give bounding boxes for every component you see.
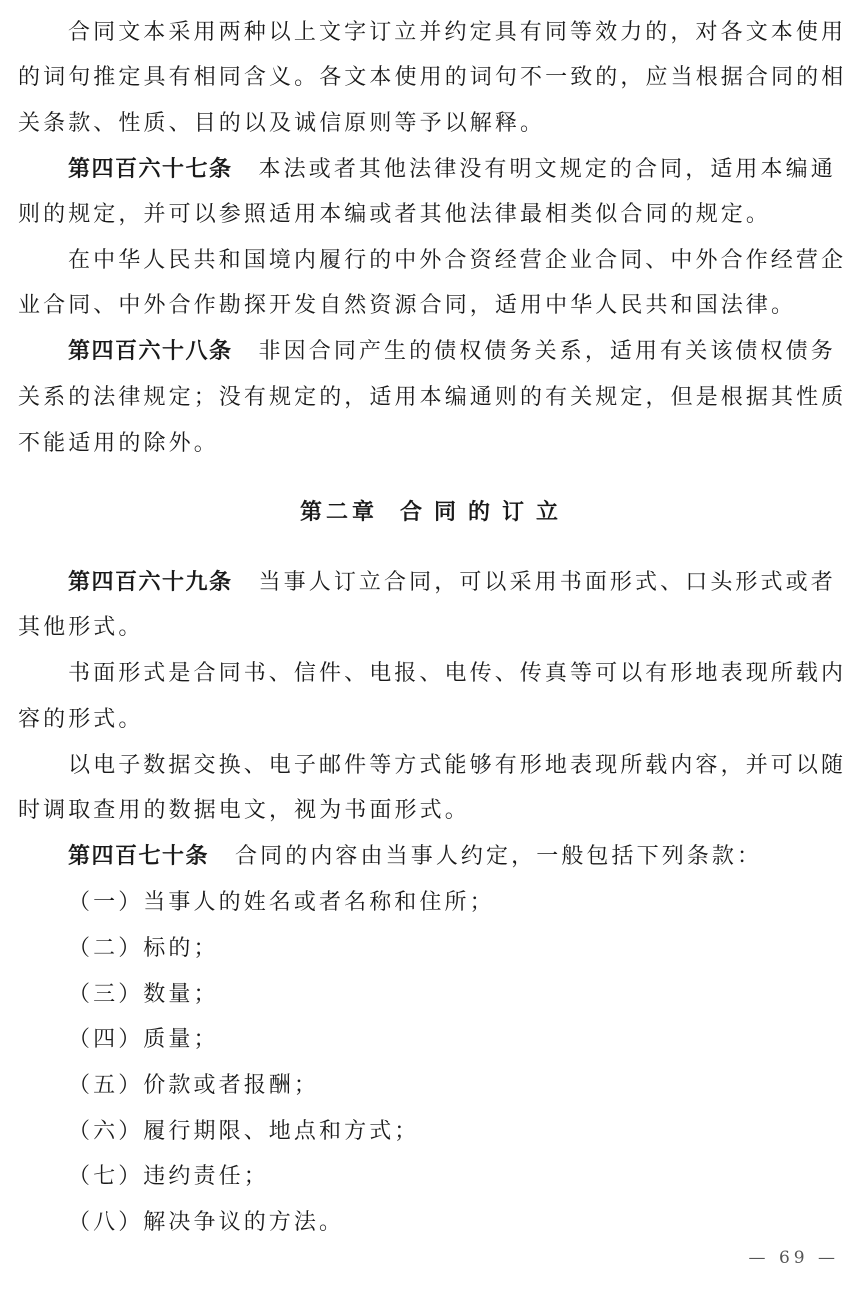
list-item: （一）当事人的姓名或者名称和住所；	[18, 880, 867, 926]
paragraph-line: 关系的法律规定；没有规定的，适用本编通则的有关规定，但是根据其性质	[18, 375, 852, 421]
article-467-line: 第四百六十七条本法或者其他法律没有明文规定的合同，适用本编通	[18, 147, 867, 193]
article-469-label: 第四百六十九条	[68, 570, 233, 595]
list-item: （二）标的；	[18, 926, 867, 972]
article-469-line: 第四百六十九条当事人订立合同，可以采用书面形式、口头形式或者	[18, 560, 867, 606]
article-467-text: 本法或者其他法律没有明文规定的合同，适用本编通	[259, 157, 836, 182]
article-470-label: 第四百七十条	[68, 844, 209, 869]
paragraph-line: 业合同、中外合作勘探开发自然资源合同，适用中华人民共和国法律。	[18, 283, 852, 329]
list-item: （八）解决争议的方法。	[18, 1200, 867, 1246]
list-item: （四）质量；	[18, 1017, 867, 1063]
page-number: — 69 —	[749, 1248, 839, 1268]
paragraph-line: 不能适用的除外。	[18, 421, 852, 467]
article-468-label: 第四百六十八条	[68, 339, 233, 364]
chapter-title: 合同的订立	[400, 500, 570, 525]
paragraph-line: 则的规定，并可以参照适用本编或者其他法律最相类似合同的规定。	[18, 192, 852, 238]
paragraph-line: 其他形式。	[18, 605, 852, 651]
list-item: （五）价款或者报酬；	[18, 1063, 867, 1109]
list-item: （七）违约责任；	[18, 1154, 867, 1200]
article-468-text: 非因合同产生的债权债务关系，适用有关该债权债务	[259, 339, 836, 364]
paragraph-line: 合同文本采用两种以上文字订立并约定具有同等效力的，对各文本使用	[18, 10, 867, 56]
paragraph-line: 以电子数据交换、电子邮件等方式能够有形地表现所载内容，并可以随	[18, 743, 867, 789]
article-467-label: 第四百六十七条	[68, 157, 233, 182]
paragraph-line: 容的形式。	[18, 697, 852, 743]
paragraph-line: 的词句推定具有相同含义。各文本使用的词句不一致的，应当根据合同的相	[18, 55, 852, 101]
paragraph-line: 书面形式是合同书、信件、电报、电传、传真等可以有形地表现所载内	[18, 651, 867, 697]
article-468-line: 第四百六十八条非因合同产生的债权债务关系，适用有关该债权债务	[18, 329, 867, 375]
article-470-line: 第四百七十条合同的内容由当事人约定，一般包括下列条款：	[18, 834, 867, 880]
list-item: （六）履行期限、地点和方式；	[18, 1109, 867, 1155]
chapter-number: 第二章	[300, 500, 378, 525]
chapter-heading: 第二章合同的订立	[18, 490, 852, 536]
article-470-text: 合同的内容由当事人约定，一般包括下列条款：	[235, 844, 762, 869]
list-item: （三）数量；	[18, 972, 867, 1018]
paragraph-line: 在中华人民共和国境内履行的中外合资经营企业合同、中外合作经营企	[18, 238, 867, 284]
paragraph-line: 关条款、性质、目的以及诚信原则等予以解释。	[18, 101, 852, 147]
paragraph-line: 时调取查用的数据电文，视为书面形式。	[18, 788, 852, 834]
article-469-text: 当事人订立合同，可以采用书面形式、口头形式或者	[259, 570, 836, 595]
